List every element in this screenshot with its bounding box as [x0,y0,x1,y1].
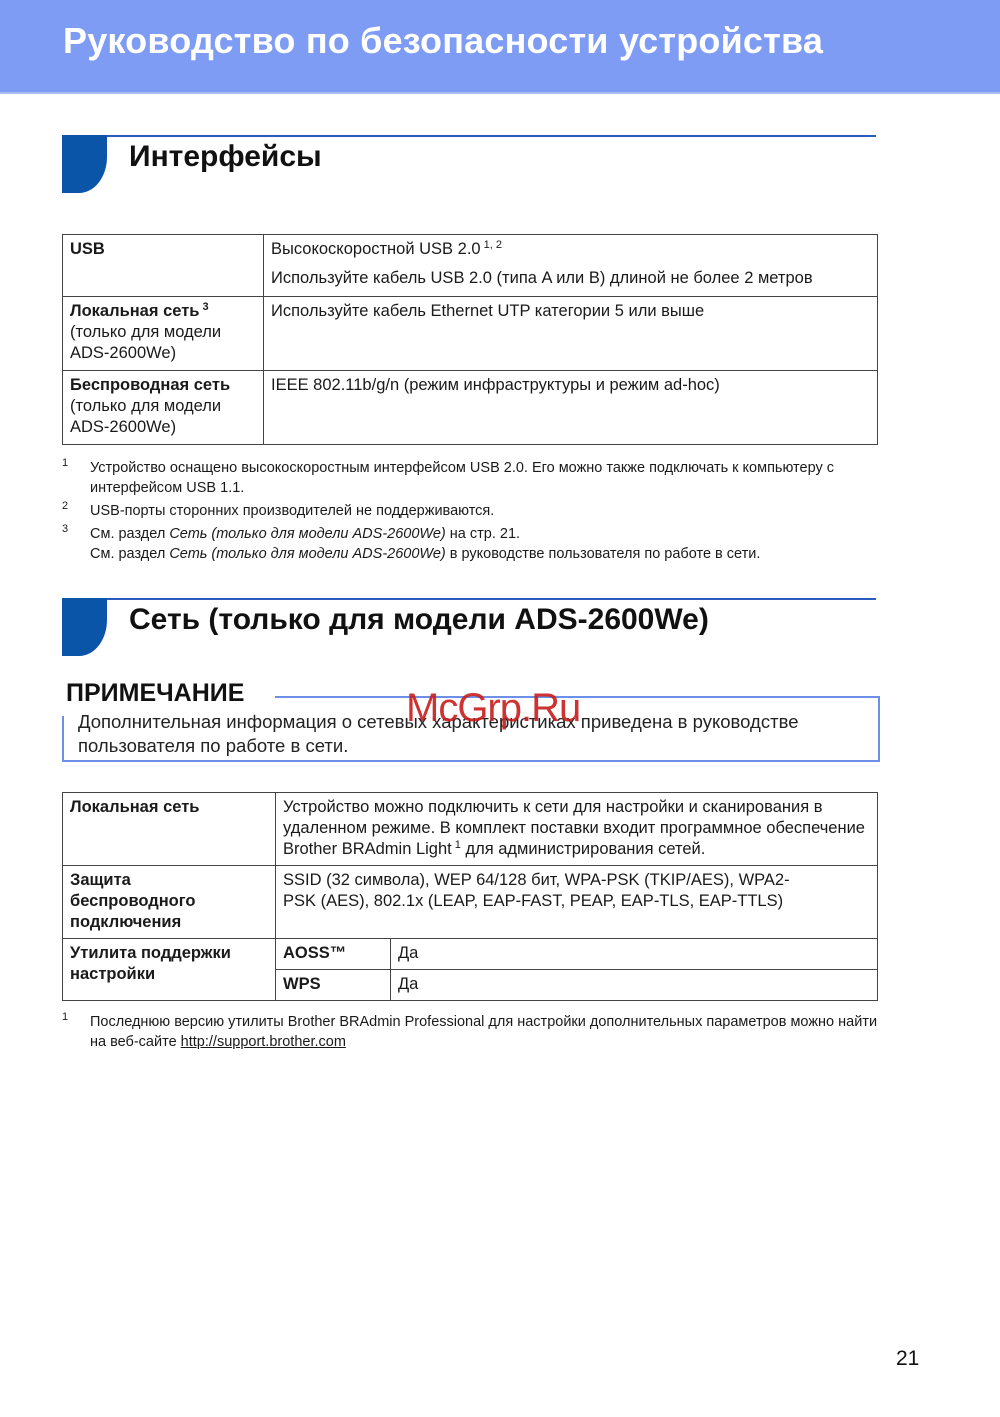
page-number: 21 [896,1347,919,1371]
row-label: USB [63,235,264,297]
footnote-text: на стр. 21. [446,526,520,542]
section-heading-interfaces: Интерфейсы [62,135,876,195]
lan-text-after: для администрирования сетей. [465,840,705,858]
row-label: Защита беспроводного подключения [63,866,276,939]
section-heading-network: Сеть (только для модели ADS-2600We) [62,598,876,658]
interfaces-table: USBВысокоскоростной USB 2.01, 2Используй… [62,234,878,445]
network-table: Локальная сеть Устройство можно подключи… [62,792,878,1001]
row-value-text: IEEE 802.11b/g/n (режим инфраструктуры и… [271,376,720,394]
row-label-text: USB [70,240,105,258]
footnote-number: 2 [62,496,68,516]
row-value-line: Высокоскоростной USB 2.01, 2 [271,239,870,260]
row-value-line: IEEE 802.11b/g/n (режим инфраструктуры и… [271,375,870,396]
footnote-reference-title: Сеть (только для модели ADS-2600We) [169,546,445,562]
footnote-number: 3 [62,519,68,539]
row-value-text: Высокоскоростной USB 2.0 [271,240,481,258]
row-value-line: Используйте кабель USB 2.0 (типа A или B… [271,268,870,289]
section-title: Сеть (только для модели ADS-2600We) [129,603,709,637]
row-label-text: Локальная сеть [70,302,199,320]
row-value: SSID (32 символа), WEP 64/128 бит, WPA-P… [276,866,878,939]
row-label-note: (только для модели ADS-2600We) [70,322,256,364]
note-border-bottom [62,760,880,762]
utility-value: Да [391,970,878,1001]
footnote: 1Устройство оснащено высокоскоростным ин… [62,458,882,498]
note-border-left [62,716,64,762]
row-label-text: Беспроводная сеть [70,376,230,394]
row-value: Высокоскоростной USB 2.01, 2Используйте … [264,235,878,297]
row-label: Беспроводная сеть(только для модели ADS-… [63,371,264,445]
utility-name: AOSS™ [276,939,391,970]
row-label: Локальная сеть3(только для модели ADS-26… [63,297,264,371]
table-row: USBВысокоскоростной USB 2.01, 2Используй… [63,235,878,297]
footnote: 1 Последнюю версию утилиты Brother BRAdm… [62,1012,882,1052]
table-row: Защита беспроводного подключения SSID (3… [63,866,878,939]
footnote-ref: 3 [202,301,208,313]
page-banner: Руководство по безопасности устройства [0,0,1000,94]
footnote-text: См. раздел [90,546,169,562]
table-row: Беспроводная сеть(только для модели ADS-… [63,371,878,445]
footnote-ref: 1 [455,839,461,851]
row-label: Локальная сеть [63,793,276,866]
row-value: IEEE 802.11b/g/n (режим инфраструктуры и… [264,371,878,445]
row-value-line: Используйте кабель Ethernet UTP категори… [271,301,870,322]
footnote-text: Устройство оснащено высокоскоростным инт… [90,460,834,496]
section-marker-icon [62,135,107,193]
row-label: Утилита поддержки настройки [63,939,276,1001]
footnote-number: 1 [62,1007,68,1027]
section-title: Интерфейсы [129,140,322,174]
footnote: 2USB-порты сторонних производителей не п… [62,501,882,521]
footnote: См. раздел Сеть (только для модели ADS-2… [62,544,882,564]
row-value-text: Используйте кабель USB 2.0 (типа A или B… [271,269,813,287]
table-row: Утилита поддержки настройки AOSS™ Да [63,939,878,970]
row-label-note: (только для модели ADS-2600We) [70,396,256,438]
watermark: McGrp.Ru [406,686,580,731]
section-rule [62,135,876,137]
interfaces-footnotes: 1Устройство оснащено высокоскоростным ин… [62,458,882,567]
footnote: 3См. раздел Сеть (только для модели ADS-… [62,524,882,544]
footnote-reference-title: Сеть (только для модели ADS-2600We) [169,526,445,542]
section-rule [62,598,876,600]
footnote-text: в руководстве пользователя по работе в с… [446,546,761,562]
row-value: Устройство можно подключить к сети для н… [276,793,878,866]
utility-value: Да [391,939,878,970]
banner-title: Руководство по безопасности устройства [63,20,823,62]
footnote-ref: 1, 2 [484,239,502,251]
footnote-text: USB-порты сторонних производителей не по… [90,503,494,519]
utility-name: WPS [276,970,391,1001]
row-value: Используйте кабель Ethernet UTP категори… [264,297,878,371]
support-link[interactable]: http://support.brother.com [181,1034,346,1050]
row-value-text: Используйте кабель Ethernet UTP категори… [271,302,704,320]
network-footnotes: 1 Последнюю версию утилиты Brother BRAdm… [62,1012,882,1055]
table-row: Локальная сеть3(только для модели ADS-26… [63,297,878,371]
footnote-text: См. раздел [90,526,169,542]
section-marker-icon [62,598,107,656]
table-row: Локальная сеть Устройство можно подключи… [63,793,878,866]
footnote-number: 1 [62,453,68,473]
